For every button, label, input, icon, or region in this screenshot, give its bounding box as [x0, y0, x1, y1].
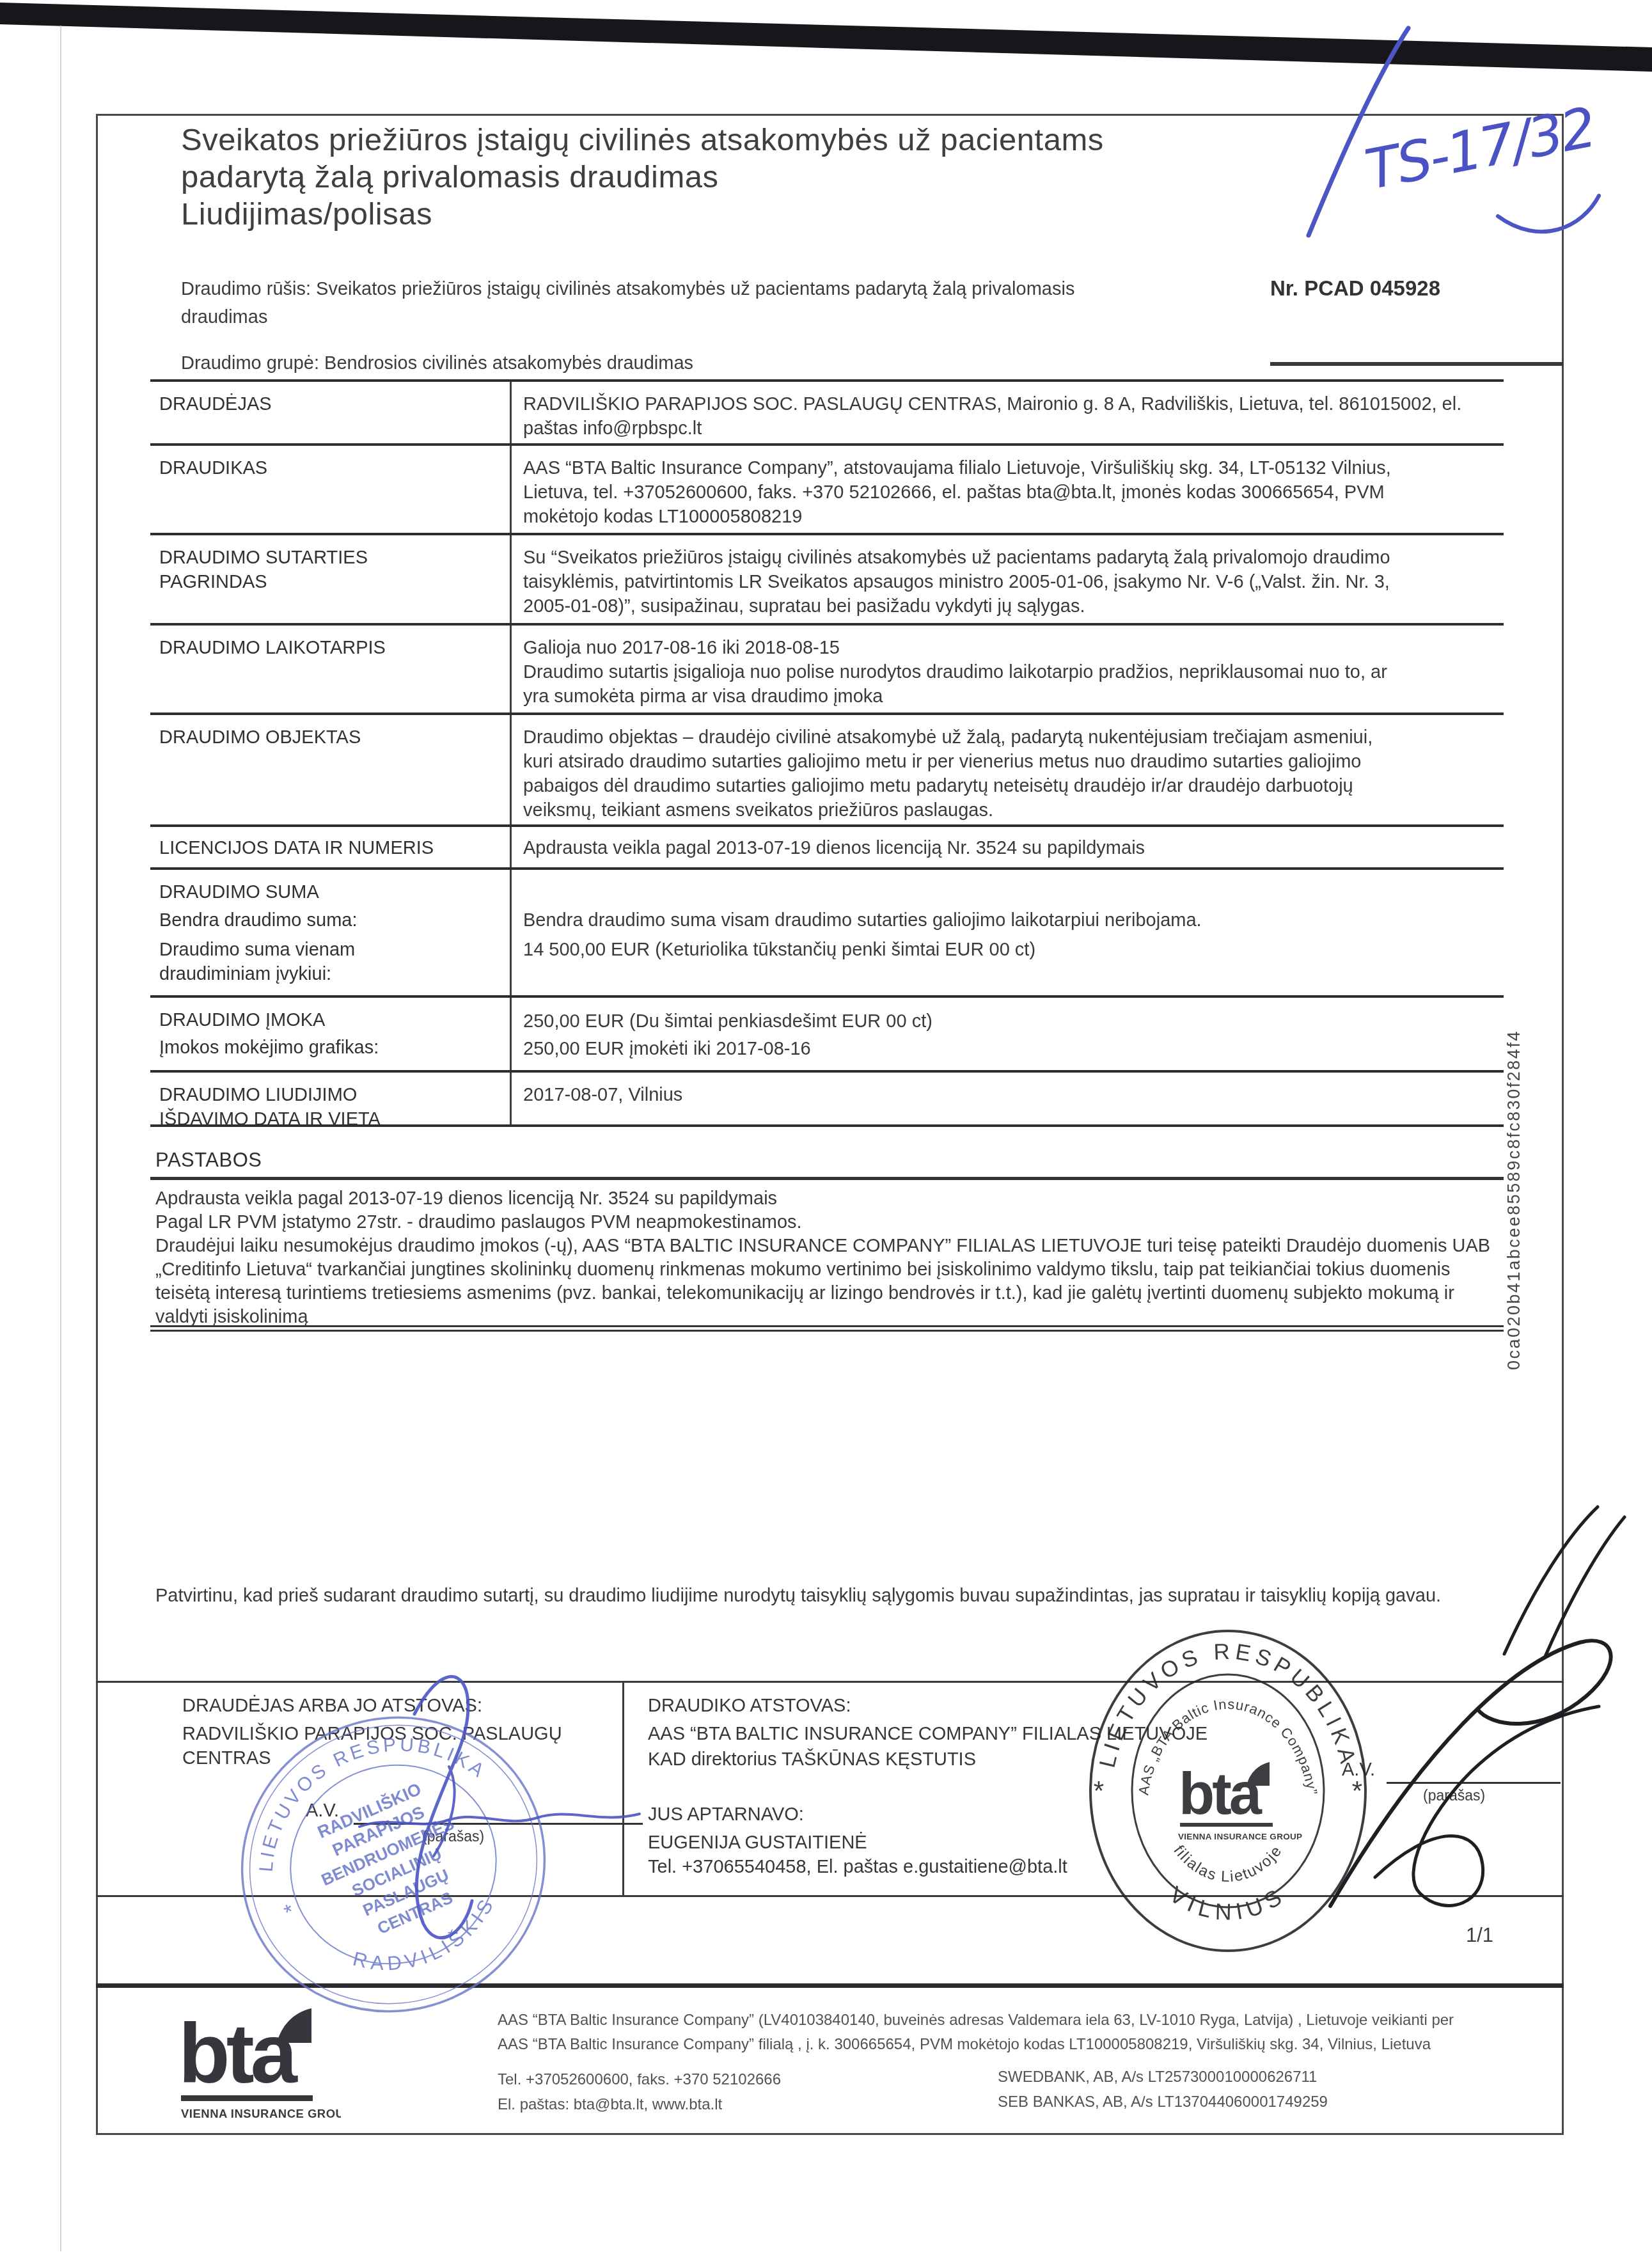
table-row: DRAUDIMO LAIKOTARPIS Galioja nuo 2017-08… — [150, 626, 1504, 715]
row-label: DRAUDĖJAS — [150, 382, 512, 443]
page-number: 1/1 — [1466, 1924, 1493, 1947]
row-label: DRAUDIMO SUMA — [159, 880, 503, 904]
pastabos-text: Apdrausta veikla pagal 2013-07-19 dienos… — [155, 1187, 1506, 1329]
table-row: DRAUDIKAS AAS “BTA Baltic Insurance Comp… — [150, 446, 1504, 535]
row-label: DRAUDIMO ĮMOKA — [159, 1008, 503, 1032]
row-value: Galioja nuo 2017-08-16 iki 2018-08-15 Dr… — [512, 626, 1504, 713]
table-row: DRAUDIMO ĮMOKA Įmokos mokėjimo grafikas:… — [150, 998, 1504, 1073]
table-row: LICENCIJOS DATA IR NUMERIS Apdrausta vei… — [150, 827, 1504, 870]
row-value: AAS “BTA Baltic Insurance Company”, atst… — [512, 446, 1504, 533]
signature-column-divider — [622, 1681, 624, 1897]
insurer-name: AAS “BTA BALTIC INSURANCE COMPANY” FILIA… — [648, 1722, 1530, 1746]
row-value: 250,00 EUR (Du šimtai penkiasdešimt EUR … — [512, 998, 1504, 1070]
insurer-representative-heading: DRAUDIKO ATSTOVAS: — [648, 1694, 851, 1718]
row-label: DRAUDIMO LAIKOTARPIS — [150, 626, 512, 713]
bta-logo-text: bta — [181, 2006, 299, 2100]
table-row: DRAUDIMO SUMA Bendra draudimo suma: Drau… — [150, 870, 1504, 998]
served-by-name: EUGENIJA GUSTAITIENĖ — [648, 1831, 867, 1855]
row-value: 14 500,00 EUR (Keturiolika tūkstančių pe… — [523, 938, 1495, 962]
row-sublabel: Įmokos mokėjimo grafikas: — [159, 1036, 503, 1060]
pastabos-underline — [150, 1177, 1504, 1180]
pastabos-bottom-rule — [150, 1325, 1504, 1332]
insurer-director: KAD direktorius TAŠKŪNAS KĘSTUTIS — [648, 1747, 976, 1772]
row-value: Su “Sveikatos priežiūros įstaigų civilin… — [512, 535, 1504, 623]
policy-number: Nr. PCAD 045928 — [1270, 276, 1440, 301]
document-code-vertical: 0ca020b41abcee85589c8fc830f284f4 — [1504, 915, 1531, 1370]
page-title: Sveikatos priežiūros įstaigų civilinės a… — [181, 122, 1268, 233]
insurer-signature-line — [1387, 1782, 1561, 1784]
row-value: RADVILIŠKIO PARAPIJOS SOC. PASLAUGŲ CENT… — [512, 382, 1504, 443]
insurance-group-line: Draudimo grupė: Bendrosios civilinės ats… — [181, 353, 693, 374]
insurer-av-label: A.V. — [1342, 1758, 1375, 1782]
policy-number-underline — [1270, 362, 1563, 366]
row-label: DRAUDIMO SUTARTIES PAGRINDAS — [150, 535, 512, 623]
insured-representative-heading: DRAUDĖJAS ARBA JO ATSTOVAS: — [182, 1694, 482, 1718]
insured-parasas-label: (parašas) — [422, 1828, 484, 1845]
insurer-parasas-label: (parašas) — [1423, 1787, 1485, 1804]
row-label: DRAUDIMO LIUDIJIMO IŠDAVIMO DATA IR VIET… — [150, 1073, 512, 1124]
footer-bank-info: SWEDBANK, AB, A/s LT257300010000626711 S… — [998, 2065, 1328, 2114]
row-value: Apdrausta veikla pagal 2013-07-19 dienos… — [512, 827, 1504, 867]
row-label: DRAUDIKAS — [150, 446, 512, 533]
row-label: LICENCIJOS DATA IR NUMERIS — [150, 827, 512, 867]
row-value: Draudimo objektas – draudėjo civilinė at… — [512, 715, 1504, 824]
insured-signature-line — [354, 1823, 643, 1825]
insured-name: RADVILIŠKIO PARAPIJOS SOC. PASLAUGŲ CENT… — [182, 1722, 592, 1770]
bta-logo-subtext: VIENNA INSURANCE GROUP — [181, 2107, 341, 2120]
policy-table: DRAUDĖJAS RADVILIŠKIO PARAPIJOS SOC. PAS… — [150, 379, 1504, 1127]
confirmation-text: Patvirtinu, kad prieš sudarant draudimo … — [155, 1584, 1506, 1608]
table-row: DRAUDIMO OBJEKTAS Draudimo objektas – dr… — [150, 715, 1504, 827]
insured-av-label: A.V. — [306, 1799, 339, 1823]
served-by-contact: Tel. +37065540458, El. paštas e.gustaiti… — [648, 1855, 1067, 1879]
pastabos-heading: PASTABOS — [155, 1149, 262, 1172]
row-sublabel: Bendra draudimo suma: — [159, 908, 503, 933]
scan-edge-line — [60, 26, 61, 2251]
footer-company-info: AAS “BTA Baltic Insurance Company” (LV40… — [498, 2008, 1495, 2057]
bta-logo: bta VIENNA INSURANCE GROUP — [181, 2006, 341, 2127]
table-row: DRAUDIMO SUTARTIES PAGRINDAS Su “Sveikat… — [150, 535, 1504, 626]
row-value: 2017-08-07, Vilnius — [512, 1073, 1504, 1124]
served-by-heading: JUS APTARNAVO: — [648, 1802, 804, 1827]
signature-area-top-rule — [96, 1681, 1564, 1683]
table-row: DRAUDĖJAS RADVILIŠKIO PARAPIJOS SOC. PAS… — [150, 382, 1504, 446]
scanned-insurance-policy: Sveikatos priežiūros įstaigų civilinės a… — [0, 0, 1652, 2268]
footer-contact-info: Tel. +37052600600, faks. +370 52102666 E… — [498, 2067, 781, 2117]
row-label: DRAUDIMO OBJEKTAS — [150, 715, 512, 824]
signature-area-bottom-rule — [96, 1895, 1564, 1897]
row-value: Bendra draudimo suma visam draudimo suta… — [523, 908, 1495, 933]
scan-top-bar — [0, 0, 1652, 83]
table-row: DRAUDIMO LIUDIJIMO IŠDAVIMO DATA IR VIET… — [150, 1073, 1504, 1127]
footer-separator — [96, 1983, 1564, 1988]
insurance-type-line: Draudimo rūšis: Sveikatos priežiūros įst… — [181, 275, 1275, 331]
row-sublabel: Draudimo suma vienam draudiminiam įvykiu… — [159, 938, 503, 986]
